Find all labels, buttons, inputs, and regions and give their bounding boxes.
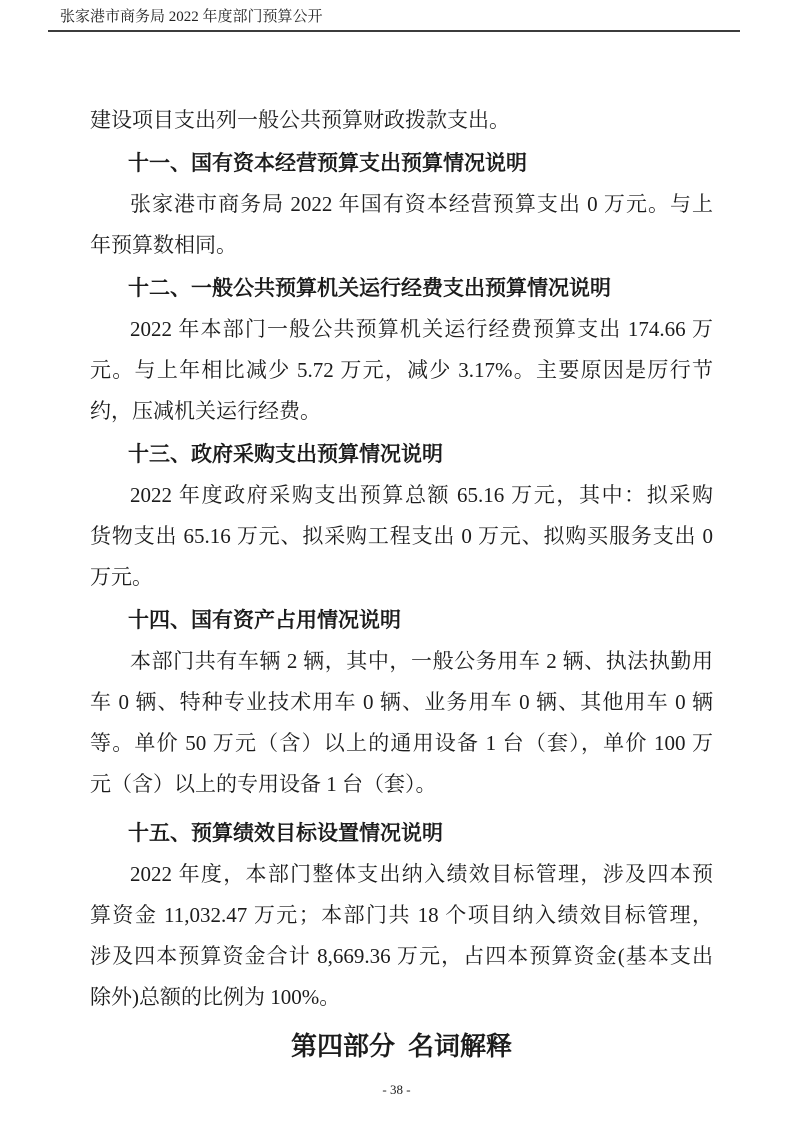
text-line: 张家港市商务局 2022 年国有资本经营预算支出 0 万元。与上	[90, 184, 713, 225]
header-title: 张家港市商务局 2022 年度部门预算公开	[60, 8, 323, 26]
text-line: 万元。	[90, 557, 713, 598]
text-line: 元。与上年相比减少 5.72 万元，减少 3.17%。主要原因是厉行节	[90, 350, 713, 391]
document-body: 建设项目支出列一般公共预算财政拨款支出。 十一、国有资本经营预算支出预算情况说明…	[90, 100, 713, 1068]
text-line: 除外)总额的比例为 100%。	[90, 977, 713, 1018]
document-page: 张家港市商务局 2022 年度部门预算公开 建设项目支出列一般公共预算财政拨款支…	[0, 0, 793, 1122]
text-line: 涉及四本预算资金合计 8,669.36 万元，占四本预算资金(基本支出	[90, 936, 713, 977]
text-line: 2022 年度，本部门整体支出纳入绩效目标管理，涉及四本预	[90, 854, 713, 895]
text-line: 2022 年度政府采购支出预算总额 65.16 万元，其中：拟采购	[90, 475, 713, 516]
text-line: 元（含）以上的专用设备 1 台（套）。	[90, 764, 713, 805]
text-line: 约，压减机关运行经费。	[90, 391, 713, 432]
section-heading: 十三、政府采购支出预算情况说明	[90, 434, 713, 475]
text-line: 年预算数相同。	[90, 225, 713, 266]
page-number: - 38 -	[0, 1082, 793, 1098]
text-line: 本部门共有车辆 2 辆，其中，一般公务用车 2 辆、执法执勤用	[90, 641, 713, 682]
text-line: 建设项目支出列一般公共预算财政拨款支出。	[90, 100, 713, 141]
section-heading: 十二、一般公共预算机关运行经费支出预算情况说明	[90, 268, 713, 309]
part-title: 第四部分 名词解释	[90, 1026, 713, 1068]
section-heading: 十四、国有资产占用情况说明	[90, 600, 713, 641]
section-heading: 十一、国有资本经营预算支出预算情况说明	[90, 143, 713, 184]
header-rule	[48, 30, 740, 32]
text-line: 车 0 辆、特种专业技术用车 0 辆、业务用车 0 辆、其他用车 0 辆	[90, 682, 713, 723]
section-heading: 十五、预算绩效目标设置情况说明	[90, 813, 713, 854]
text-line: 等。单价 50 万元（含）以上的通用设备 1 台（套），单价 100 万	[90, 723, 713, 764]
text-line: 算资金 11,032.47 万元；本部门共 18 个项目纳入绩效目标管理，	[90, 895, 713, 936]
text-line: 2022 年本部门一般公共预算机关运行经费预算支出 174.66 万	[90, 309, 713, 350]
text-line: 货物支出 65.16 万元、拟采购工程支出 0 万元、拟购买服务支出 0	[90, 516, 713, 557]
